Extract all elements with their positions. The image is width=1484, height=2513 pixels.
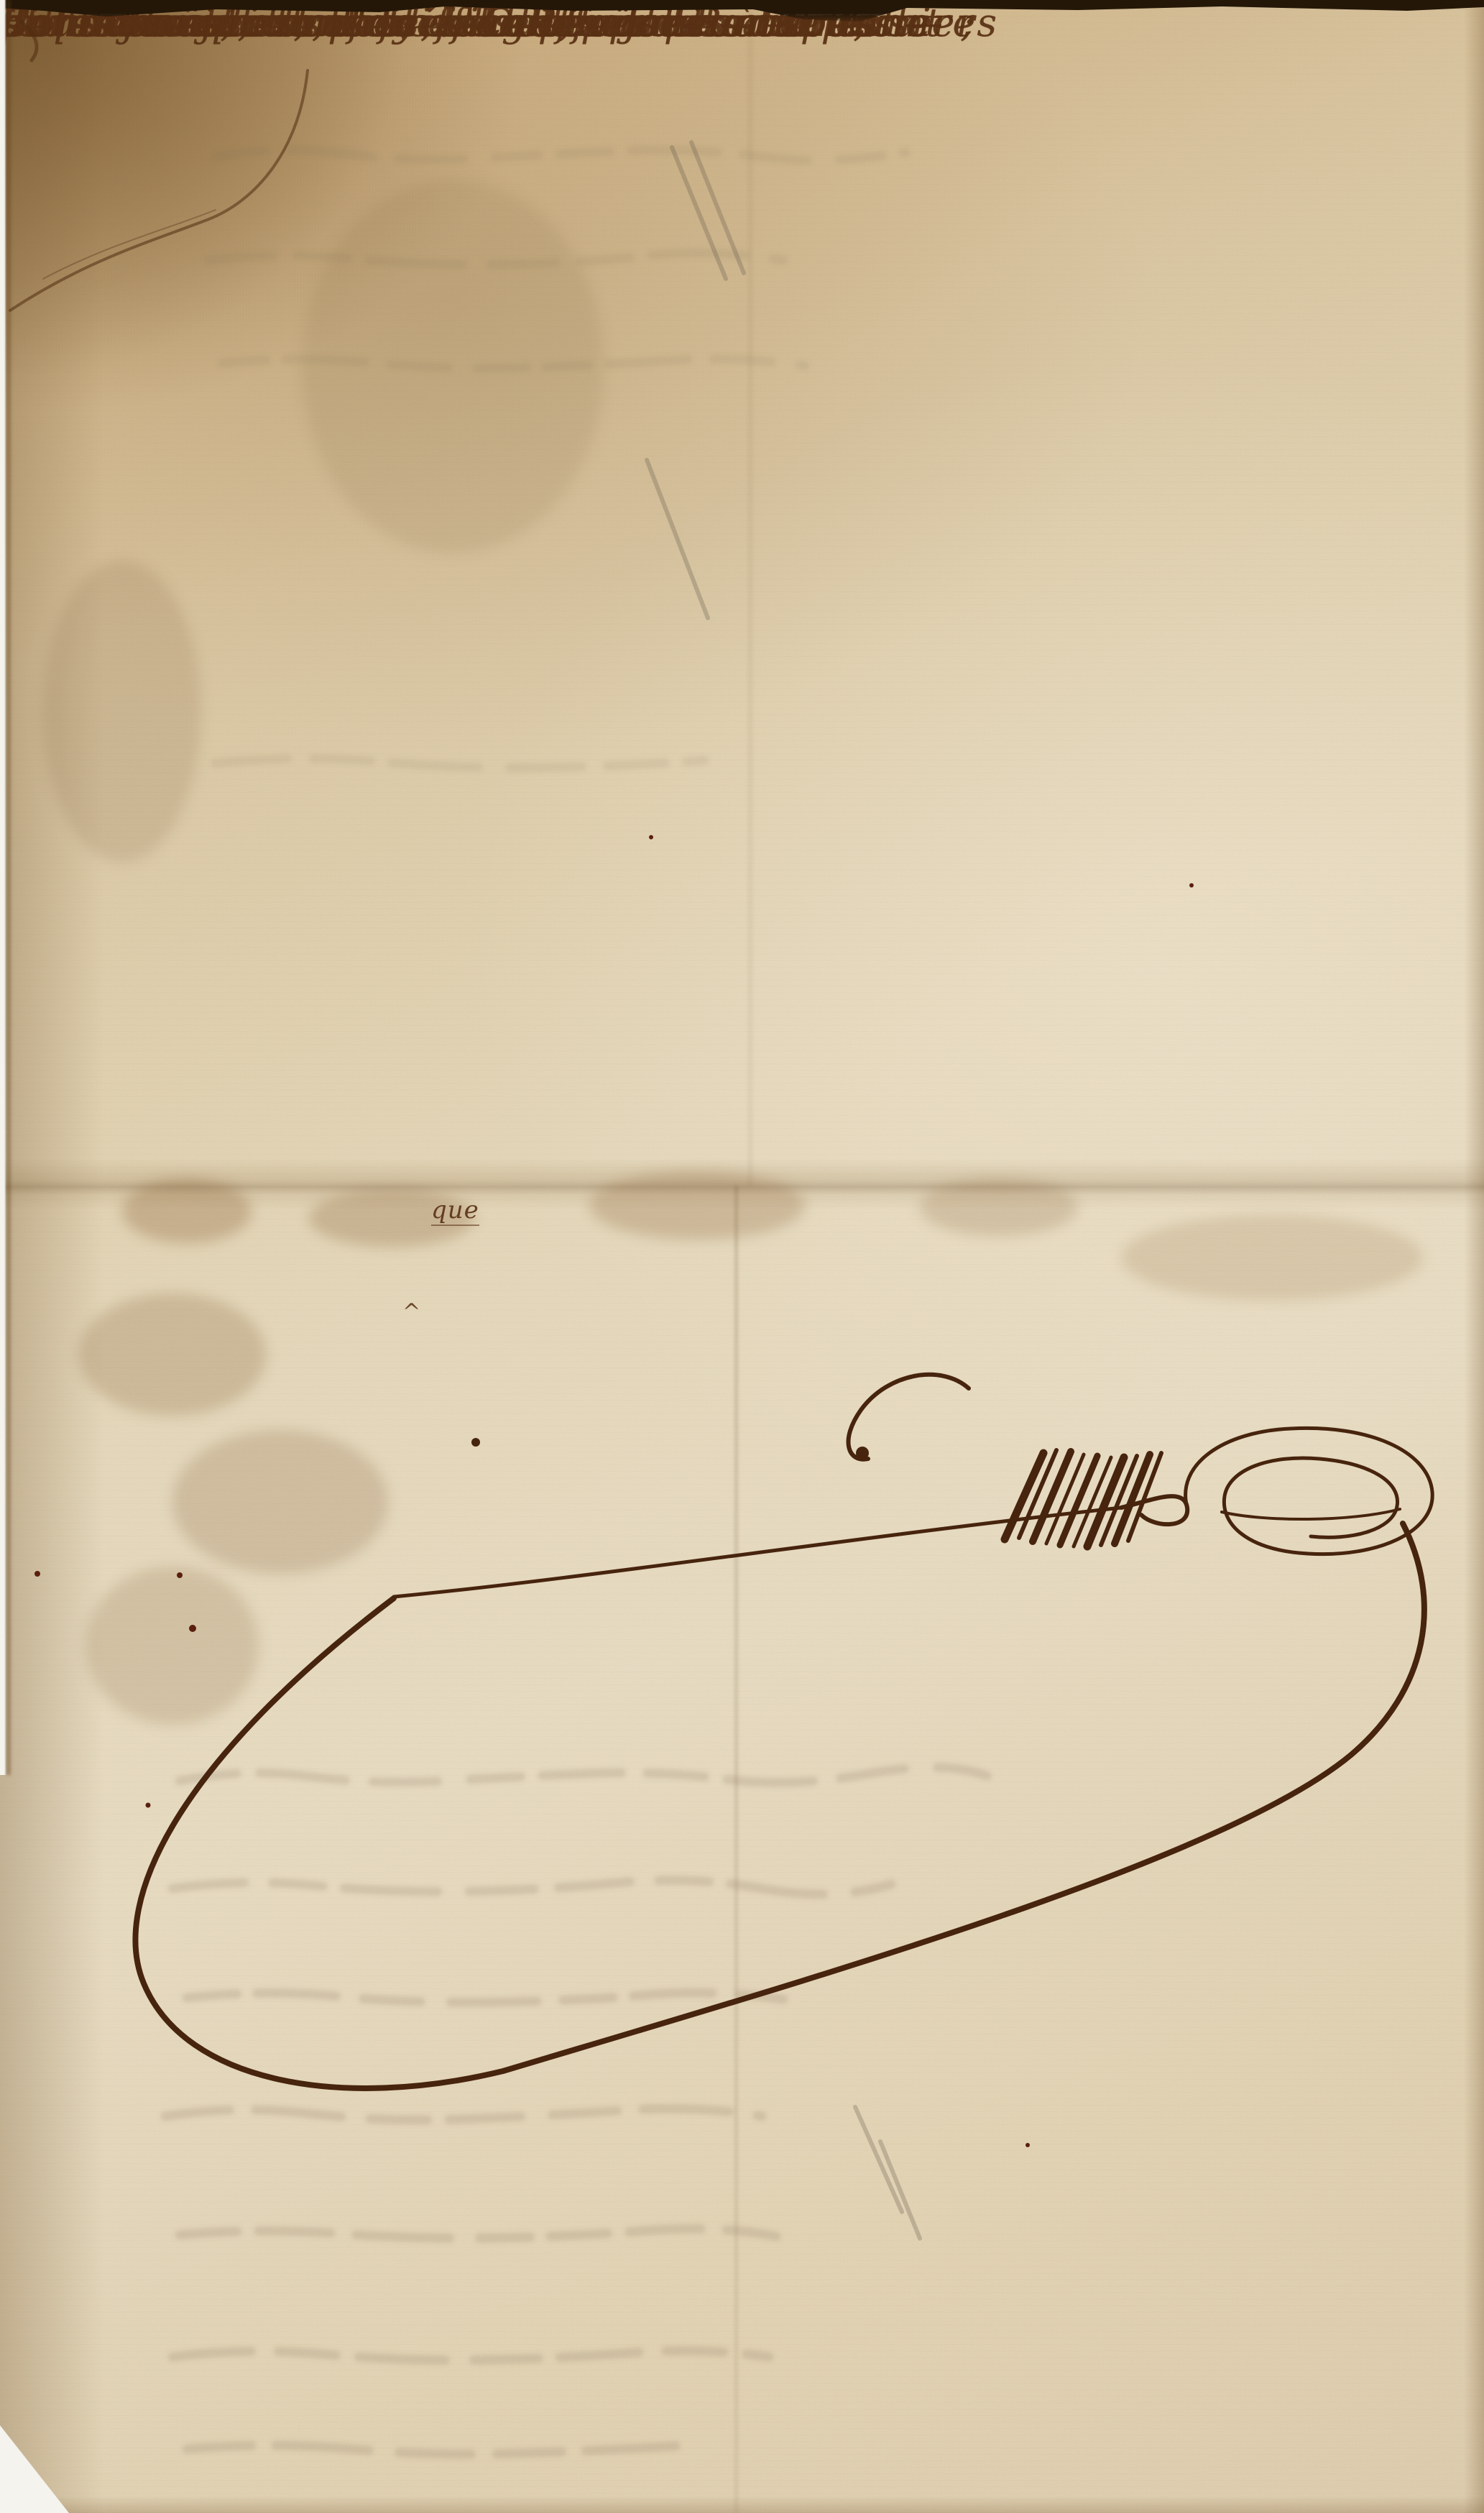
paper-left-edge-shadow [6, 0, 11, 1775]
scan-background-sliver [0, 0, 6, 1775]
manuscript-page: dont jouissent les exempts de cette vill… [0, 0, 1484, 2513]
paper-grain [0, 0, 1484, 2513]
